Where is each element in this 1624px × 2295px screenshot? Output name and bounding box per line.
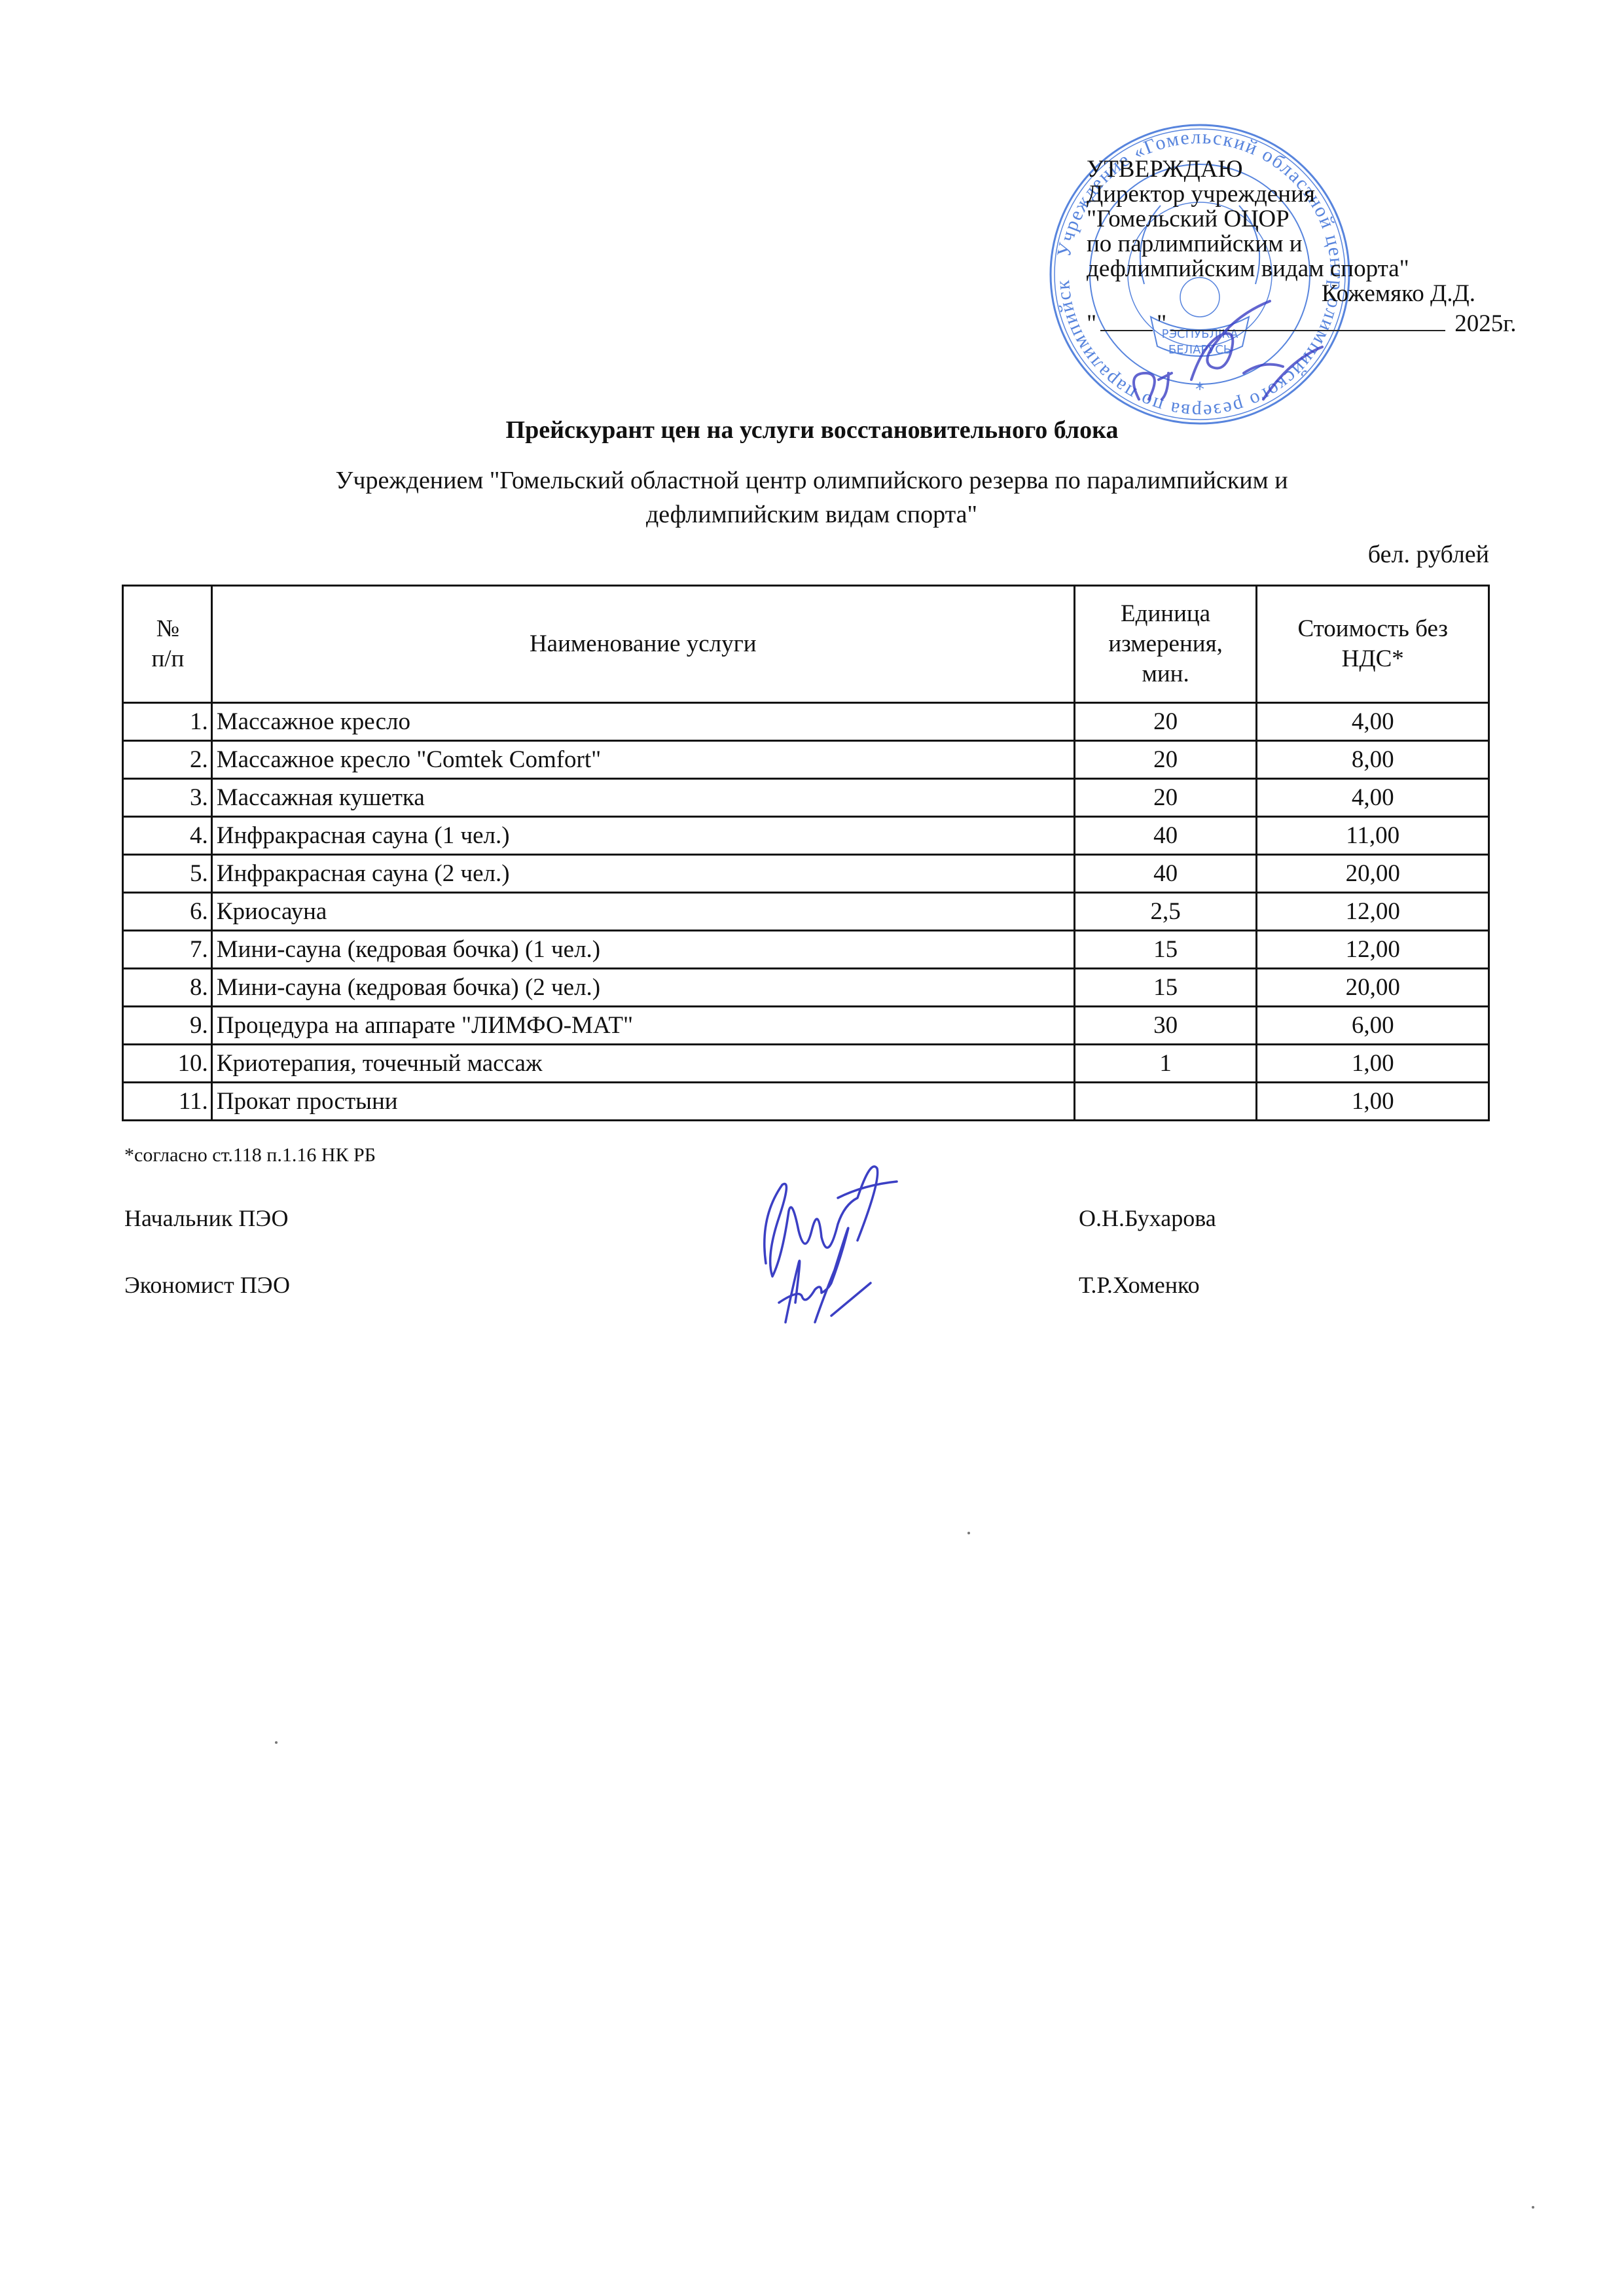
svg-text:*: * — [1195, 378, 1204, 400]
table-header-row: № п/п Наименование услуги Единица измере… — [123, 586, 1489, 703]
row-number: 10. — [123, 1045, 212, 1083]
scan-speck — [1532, 2206, 1534, 2209]
service-name: Массажная кушетка — [211, 779, 1074, 817]
scan-speck — [275, 1741, 278, 1744]
table-row: 1. Массажное кресло 20 4,00 — [123, 703, 1489, 741]
signatory-role: Начальник ПЭО — [124, 1204, 289, 1232]
price-value: 20,00 — [1257, 855, 1489, 893]
price-value: 6,00 — [1257, 1007, 1489, 1045]
service-name: Инфракрасная сауна (2 чел.) — [211, 855, 1074, 893]
price-value: 1,00 — [1257, 1083, 1489, 1121]
unit-minutes: 20 — [1074, 741, 1257, 779]
price-value: 4,00 — [1257, 779, 1489, 817]
page-title: Прейскурант цен на услуги восстановитель… — [0, 416, 1624, 444]
approval-line: дефлимпийским видам спорта" — [1087, 257, 1492, 281]
table-row: 5. Инфракрасная сауна (2 чел.) 40 20,00 — [123, 855, 1489, 893]
approval-line: по парлимпийским и — [1087, 232, 1492, 257]
approval-block: УТВЕРЖДАЮ Директор учреждения "Гомельски… — [1087, 157, 1492, 336]
price-value: 11,00 — [1257, 817, 1489, 855]
currency-label: бел. рублей — [1368, 540, 1489, 569]
service-name: Массажное кресло — [211, 703, 1074, 741]
signatory-name: Т.Р.Хоменко — [1079, 1271, 1200, 1299]
unit-minutes: 20 — [1074, 703, 1257, 741]
table-row: 10. Криотерапия, точечный массаж 1 1,00 — [123, 1045, 1489, 1083]
row-number: 8. — [123, 969, 212, 1007]
signatory-name: О.Н.Бухарова — [1079, 1204, 1216, 1232]
header-name: Наименование услуги — [211, 586, 1074, 703]
row-number: 4. — [123, 817, 212, 855]
unit-minutes: 1 — [1074, 1045, 1257, 1083]
table-row: 4. Инфракрасная сауна (1 чел.) 40 11,00 — [123, 817, 1489, 855]
row-number: 2. — [123, 741, 212, 779]
row-number: 1. — [123, 703, 212, 741]
service-name: Криосауна — [211, 893, 1074, 931]
approval-date: ""2025г. — [1087, 310, 1492, 336]
price-table: № п/п Наименование услуги Единица измере… — [122, 585, 1490, 1121]
footnote: *согласно ст.118 п.1.16 НК РБ — [124, 1144, 376, 1166]
row-number: 9. — [123, 1007, 212, 1045]
service-name: Мини-сауна (кедровая бочка) (1 чел.) — [211, 931, 1074, 969]
table-row: 8. Мини-сауна (кедровая бочка) (2 чел.) … — [123, 969, 1489, 1007]
approval-line: "Гомельский ОЦОР — [1087, 207, 1492, 232]
price-value: 8,00 — [1257, 741, 1489, 779]
date-month-blank — [1170, 310, 1445, 331]
table-row: 2. Массажное кресло "Comtek Comfort" 20 … — [123, 741, 1489, 779]
header-price: Стоимость без НДС* — [1257, 586, 1489, 703]
table-row: 6. Криосауна 2,5 12,00 — [123, 893, 1489, 931]
unit-minutes: 15 — [1074, 969, 1257, 1007]
unit-minutes — [1074, 1083, 1257, 1121]
approval-heading: УТВЕРЖДАЮ — [1087, 157, 1492, 182]
table-row: 7. Мини-сауна (кедровая бочка) (1 чел.) … — [123, 931, 1489, 969]
row-number: 5. — [123, 855, 212, 893]
svg-text:БЕЛАРУСЬ: БЕЛАРУСЬ — [1168, 343, 1231, 357]
approval-line: Директор учреждения — [1087, 182, 1492, 207]
row-number: 7. — [123, 931, 212, 969]
unit-minutes: 20 — [1074, 779, 1257, 817]
unit-minutes: 30 — [1074, 1007, 1257, 1045]
service-name: Криотерапия, точечный массаж — [211, 1045, 1074, 1083]
approval-year: 2025г. — [1454, 310, 1516, 337]
service-name: Инфракрасная сауна (1 чел.) — [211, 817, 1074, 855]
approval-signatory: Кожемяко Д.Д. — [1087, 281, 1492, 306]
service-name: Мини-сауна (кедровая бочка) (2 чел.) — [211, 969, 1074, 1007]
price-value: 20,00 — [1257, 969, 1489, 1007]
unit-minutes: 40 — [1074, 817, 1257, 855]
price-value: 4,00 — [1257, 703, 1489, 741]
scan-speck — [967, 1532, 970, 1534]
row-number: 6. — [123, 893, 212, 931]
handwritten-signatures — [740, 1152, 1015, 1348]
row-number: 11. — [123, 1083, 212, 1121]
header-num: № п/п — [123, 586, 212, 703]
unit-minutes: 15 — [1074, 931, 1257, 969]
price-value: 12,00 — [1257, 931, 1489, 969]
table-row: 11. Прокат простыни 1,00 — [123, 1083, 1489, 1121]
service-name: Процедура на аппарате "ЛИМФО-МАТ" — [211, 1007, 1074, 1045]
price-value: 1,00 — [1257, 1045, 1489, 1083]
price-value: 12,00 — [1257, 893, 1489, 931]
page-subtitle: Учреждением "Гомельский областной центр … — [196, 463, 1427, 532]
row-number: 3. — [123, 779, 212, 817]
table-row: 9. Процедура на аппарате "ЛИМФО-МАТ" 30 … — [123, 1007, 1489, 1045]
unit-minutes: 2,5 — [1074, 893, 1257, 931]
signatory-role: Экономист ПЭО — [124, 1271, 290, 1299]
service-name: Прокат простыни — [211, 1083, 1074, 1121]
header-unit: Единица измерения, мин. — [1074, 586, 1257, 703]
date-day-blank — [1100, 310, 1153, 331]
service-name: Массажное кресло "Comtek Comfort" — [211, 741, 1074, 779]
table-row: 3. Массажная кушетка 20 4,00 — [123, 779, 1489, 817]
unit-minutes: 40 — [1074, 855, 1257, 893]
